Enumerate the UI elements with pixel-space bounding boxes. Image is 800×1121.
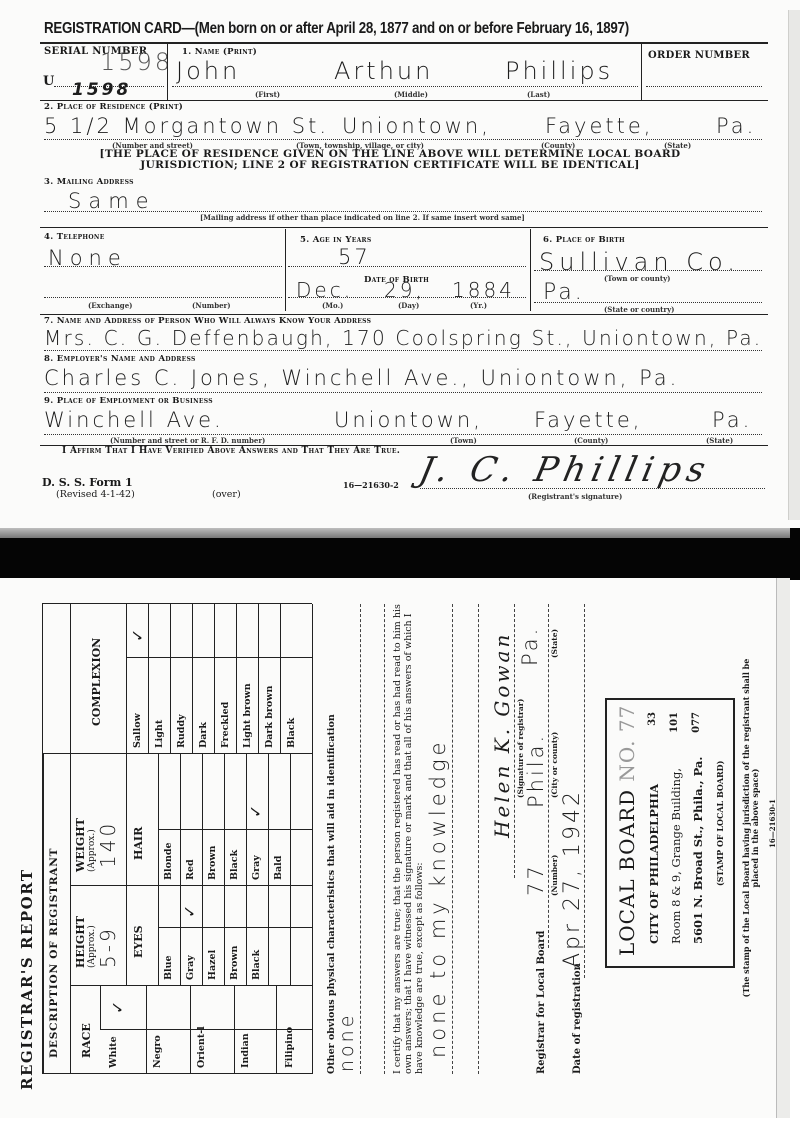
row-line	[146, 986, 147, 1074]
table-border	[42, 603, 312, 604]
city-caption: (City or county)	[550, 732, 559, 798]
row-line	[190, 986, 191, 1074]
table-border	[312, 604, 313, 754]
telephone-line	[44, 266, 282, 267]
residence-county: Fayette,	[545, 114, 653, 138]
table-border	[42, 1073, 312, 1074]
complexion-ruddy: Ruddy	[176, 714, 187, 748]
residence-street: 5 1/2 Morgantown St.	[44, 114, 329, 138]
height-label: HEIGHT	[74, 916, 87, 968]
serial-prefix: U	[43, 74, 54, 89]
form-id: D. S. S. Form 1	[42, 476, 133, 489]
registrar-signature: Helen K. Gowan	[490, 632, 514, 838]
dotted-line	[548, 604, 549, 948]
over-note: (over)	[212, 489, 241, 500]
hair-blonde: Blonde	[163, 842, 174, 880]
table-border	[126, 604, 127, 754]
registrant-signature: J. C. Phillips	[416, 450, 715, 490]
day-caption: (Day)	[398, 301, 419, 310]
contact-line	[44, 350, 762, 351]
complexion-light: Light	[154, 720, 165, 748]
employment-town: Uniontown,	[334, 408, 483, 432]
stamp-num-1: 33	[647, 712, 658, 726]
employment-line	[44, 434, 762, 435]
scan-background	[0, 528, 800, 580]
complexion-label: COMPLEXION	[90, 638, 103, 726]
table-border	[158, 927, 312, 928]
hair-bald: Bald	[273, 856, 284, 880]
employment-county-caption: (County)	[574, 436, 608, 445]
table-border	[42, 754, 44, 1074]
weight-label: WEIGHT	[74, 818, 87, 872]
dotted-line	[360, 604, 361, 1074]
divider	[285, 229, 286, 311]
birth-town-caption: (Town or county)	[604, 274, 670, 283]
weight-value: 140	[96, 821, 120, 868]
residence-town: Uniontown,	[342, 114, 491, 138]
affirmation-text: I Affirm That I Have Verified Above Answ…	[62, 446, 400, 456]
employment-county: Fayette,	[534, 408, 642, 432]
eyes-gray: Gray	[185, 955, 196, 980]
hair-label: HAIR	[132, 827, 145, 860]
eyes-hazel: Hazel	[207, 950, 218, 980]
hair-gray: Gray	[251, 855, 262, 880]
dotted-line	[384, 604, 385, 1074]
divider	[641, 44, 642, 100]
card-edge	[788, 10, 800, 520]
divider	[40, 227, 768, 228]
age-line	[288, 266, 526, 267]
complexion-freckled: Freckled	[220, 702, 231, 748]
mailing-address-caption: [Mailing address if other than place ind…	[200, 213, 525, 222]
eyes-blue: Blue	[163, 955, 174, 980]
table-border	[126, 657, 312, 658]
dotted-line	[478, 604, 479, 1074]
divider	[40, 42, 768, 44]
dotted-line	[514, 604, 515, 878]
row-line	[192, 604, 193, 754]
dob-month: Dec.	[296, 278, 353, 302]
serial-stamped-value: 1598	[100, 48, 173, 76]
race-label: RACE	[80, 1023, 93, 1058]
order-number-label: ORDER NUMBER	[648, 50, 750, 61]
name-label: 1. Name (Print)	[182, 47, 257, 57]
birth-state-caption: (State or country)	[604, 305, 674, 314]
local-board-stamp: LOCAL BOARD NO. 77 CITY OF PHILADELPHIA …	[605, 698, 735, 968]
stamp-city: CITY OF PHILADELPHIA	[647, 784, 661, 944]
registrar-label: Registrar for Local Board	[536, 931, 547, 1074]
stamp-num-3: 077	[691, 712, 702, 733]
name-last: Phillips	[505, 57, 613, 85]
height-value: 5-9	[96, 926, 120, 968]
board-city: Phila.	[524, 733, 548, 808]
employment-state-caption: (State)	[706, 436, 733, 445]
certification-text: I certify that my answers are true; that…	[392, 604, 425, 1074]
table-border	[158, 754, 159, 986]
table-border	[70, 604, 71, 754]
first-caption: (First)	[255, 90, 280, 99]
row-line	[170, 604, 171, 754]
contact-person-value: Mrs. C. G. Deffenbaugh, 170 Coolspring S…	[44, 326, 762, 350]
name-first: John	[176, 57, 240, 85]
mailing-address-line	[44, 211, 762, 212]
employment-town-caption: (Town)	[450, 436, 477, 445]
board-number: 77	[524, 863, 548, 896]
complexion-check: ✓	[128, 629, 147, 642]
birth-town-line	[534, 270, 762, 271]
stamp-address: 5601 N. Broad St., Phila., Pa.	[691, 757, 705, 944]
table-border	[312, 754, 313, 1074]
exchange-caption: (Exchange)	[88, 301, 132, 310]
print-code: 16—21630-2	[343, 480, 399, 490]
row-line	[290, 754, 291, 986]
race-negro: Negro	[152, 1035, 163, 1068]
eyes-check: ✓	[180, 905, 199, 918]
employer-value: Charles C. Jones, Winchell Ave., Unionto…	[44, 366, 679, 390]
telephone-label: 4. Telephone	[44, 232, 105, 242]
dob-line	[288, 297, 526, 298]
employment-street-caption: (Number and street or R. F. D. number)	[110, 436, 265, 445]
employment-place-label: 9. Place of Employment or Business	[44, 396, 213, 406]
last-caption: (Last)	[527, 90, 550, 99]
signature-caption: (Registrant's signature)	[528, 492, 622, 501]
stamp-caption: (STAMP OF LOCAL BOARD)	[715, 761, 725, 886]
order-number-line	[646, 86, 762, 87]
residence-state: Pa.	[716, 114, 756, 138]
employer-label: 8. Employer's Name and Address	[44, 354, 196, 364]
stamp-board-label: LOCAL BOARD	[615, 789, 639, 956]
row-line	[280, 604, 281, 754]
complexion-dark-brown: Dark brown	[264, 686, 275, 748]
divider	[40, 314, 768, 315]
row-line	[202, 754, 203, 986]
hair-black: Black	[229, 850, 240, 880]
complexion-sallow: Sallow	[132, 713, 143, 748]
state-caption: (State)	[550, 629, 559, 658]
dotted-line	[452, 604, 453, 1074]
race-white: White	[108, 1036, 119, 1068]
row-line	[236, 604, 237, 754]
table-border	[42, 753, 312, 754]
residence-line	[44, 139, 762, 140]
row-line	[268, 754, 269, 986]
employment-state: Pa.	[712, 408, 752, 432]
row-line	[214, 604, 215, 754]
registration-card-front: REGISTRATION CARD—(Men born on or after …	[0, 0, 800, 530]
table-border	[70, 885, 312, 886]
signature-line	[420, 488, 765, 489]
month-caption: (Mo.)	[322, 301, 343, 310]
board-state: Pa.	[518, 626, 542, 666]
table-border	[100, 986, 101, 1030]
eyes-brown: Brown	[229, 946, 240, 980]
employer-line	[44, 392, 762, 393]
race-indian: Indian	[240, 1033, 251, 1068]
middle-caption: (Middle)	[394, 90, 428, 99]
row-line	[234, 986, 235, 1074]
date-value: Apr 27, 1942	[560, 789, 585, 968]
table-border	[126, 754, 127, 986]
row-line	[180, 754, 181, 986]
eyes-label: EYES	[132, 925, 145, 958]
hair-check: ✓	[246, 805, 265, 818]
date-label: Date of registration	[572, 963, 583, 1074]
table-border	[158, 829, 312, 830]
birth-state-line	[534, 302, 762, 303]
place-of-birth-label: 6. Place of Birth	[543, 235, 625, 245]
complexion-light-brown: Light brown	[242, 683, 253, 748]
table-border	[70, 754, 71, 1074]
registrars-report-card: REGISTRAR'S REPORT DESCRIPTION OF REGIST…	[0, 578, 790, 1118]
other-characteristics-value: none	[336, 1013, 358, 1072]
report-print-code: 16—21630-1	[768, 799, 777, 848]
age-label: 5. Age in Years	[300, 235, 371, 245]
exceptions-value: none to my knowledge	[426, 739, 450, 1058]
year-caption: (Yr.)	[470, 301, 487, 310]
race-filipino: Filipino	[284, 1027, 295, 1068]
card-title: REGISTRATION CARD—(Men born on or after …	[44, 20, 629, 38]
registrars-report-title: REGISTRAR'S REPORT	[18, 868, 36, 1090]
eyes-black: Black	[251, 950, 262, 980]
mailing-address-value: Same	[68, 189, 156, 213]
divider	[530, 229, 531, 311]
serial-handwritten-value: 1598	[72, 80, 131, 100]
place-of-birth-town: Sullivan Co.	[539, 248, 740, 276]
description-title: DESCRIPTION OF REGISTRANT	[48, 848, 60, 1058]
table-border	[42, 604, 43, 754]
dob-year: 1884	[452, 278, 515, 302]
residence-label: 2. Place of Residence (Print)	[44, 102, 183, 112]
row-line	[246, 754, 247, 986]
divider	[167, 44, 168, 100]
stamp-board-title: LOCAL BOARD NO. 77	[615, 705, 639, 956]
race-check: ✓	[108, 1001, 127, 1014]
dotted-line	[584, 604, 585, 978]
row-line	[276, 986, 277, 1074]
divider	[40, 100, 768, 101]
employment-street: Winchell Ave.	[44, 408, 224, 432]
stamp-board-number: NO. 77	[615, 705, 639, 782]
telephone-line-2	[44, 297, 282, 298]
stamp-num-2: 101	[669, 712, 680, 733]
stamp-room: Room 8 & 9, Grange Building,	[669, 768, 683, 944]
mailing-address-label: 3. Mailing Address	[44, 177, 134, 187]
dob-day: 29,	[384, 278, 425, 302]
form-revised: (Revised 4-1-42)	[56, 489, 135, 500]
residence-notice: [THE PLACE OF RESIDENCE GIVEN ON THE LIN…	[90, 149, 690, 171]
rotated-content: REGISTRAR'S REPORT DESCRIPTION OF REGIST…	[0, 578, 790, 1118]
race-oriental: Orient-l	[196, 1026, 207, 1068]
name-middle: Arthun	[334, 57, 433, 85]
complexion-dark: Dark	[198, 722, 209, 748]
hair-red: Red	[185, 859, 196, 880]
row-line	[224, 754, 225, 986]
stamp-note: (The stamp of the Local Board having jur…	[742, 648, 760, 1008]
hair-brown: Brown	[207, 846, 218, 880]
row-line	[148, 604, 149, 754]
contact-person-label: 7. Name and Address of Person Who Will A…	[44, 316, 371, 326]
row-line	[258, 604, 259, 754]
number-caption: (Number)	[192, 301, 231, 310]
card-stack-edge	[0, 528, 790, 538]
name-line	[172, 86, 638, 87]
complexion-black: Black	[286, 718, 297, 748]
number-caption: (Number)	[550, 855, 559, 896]
